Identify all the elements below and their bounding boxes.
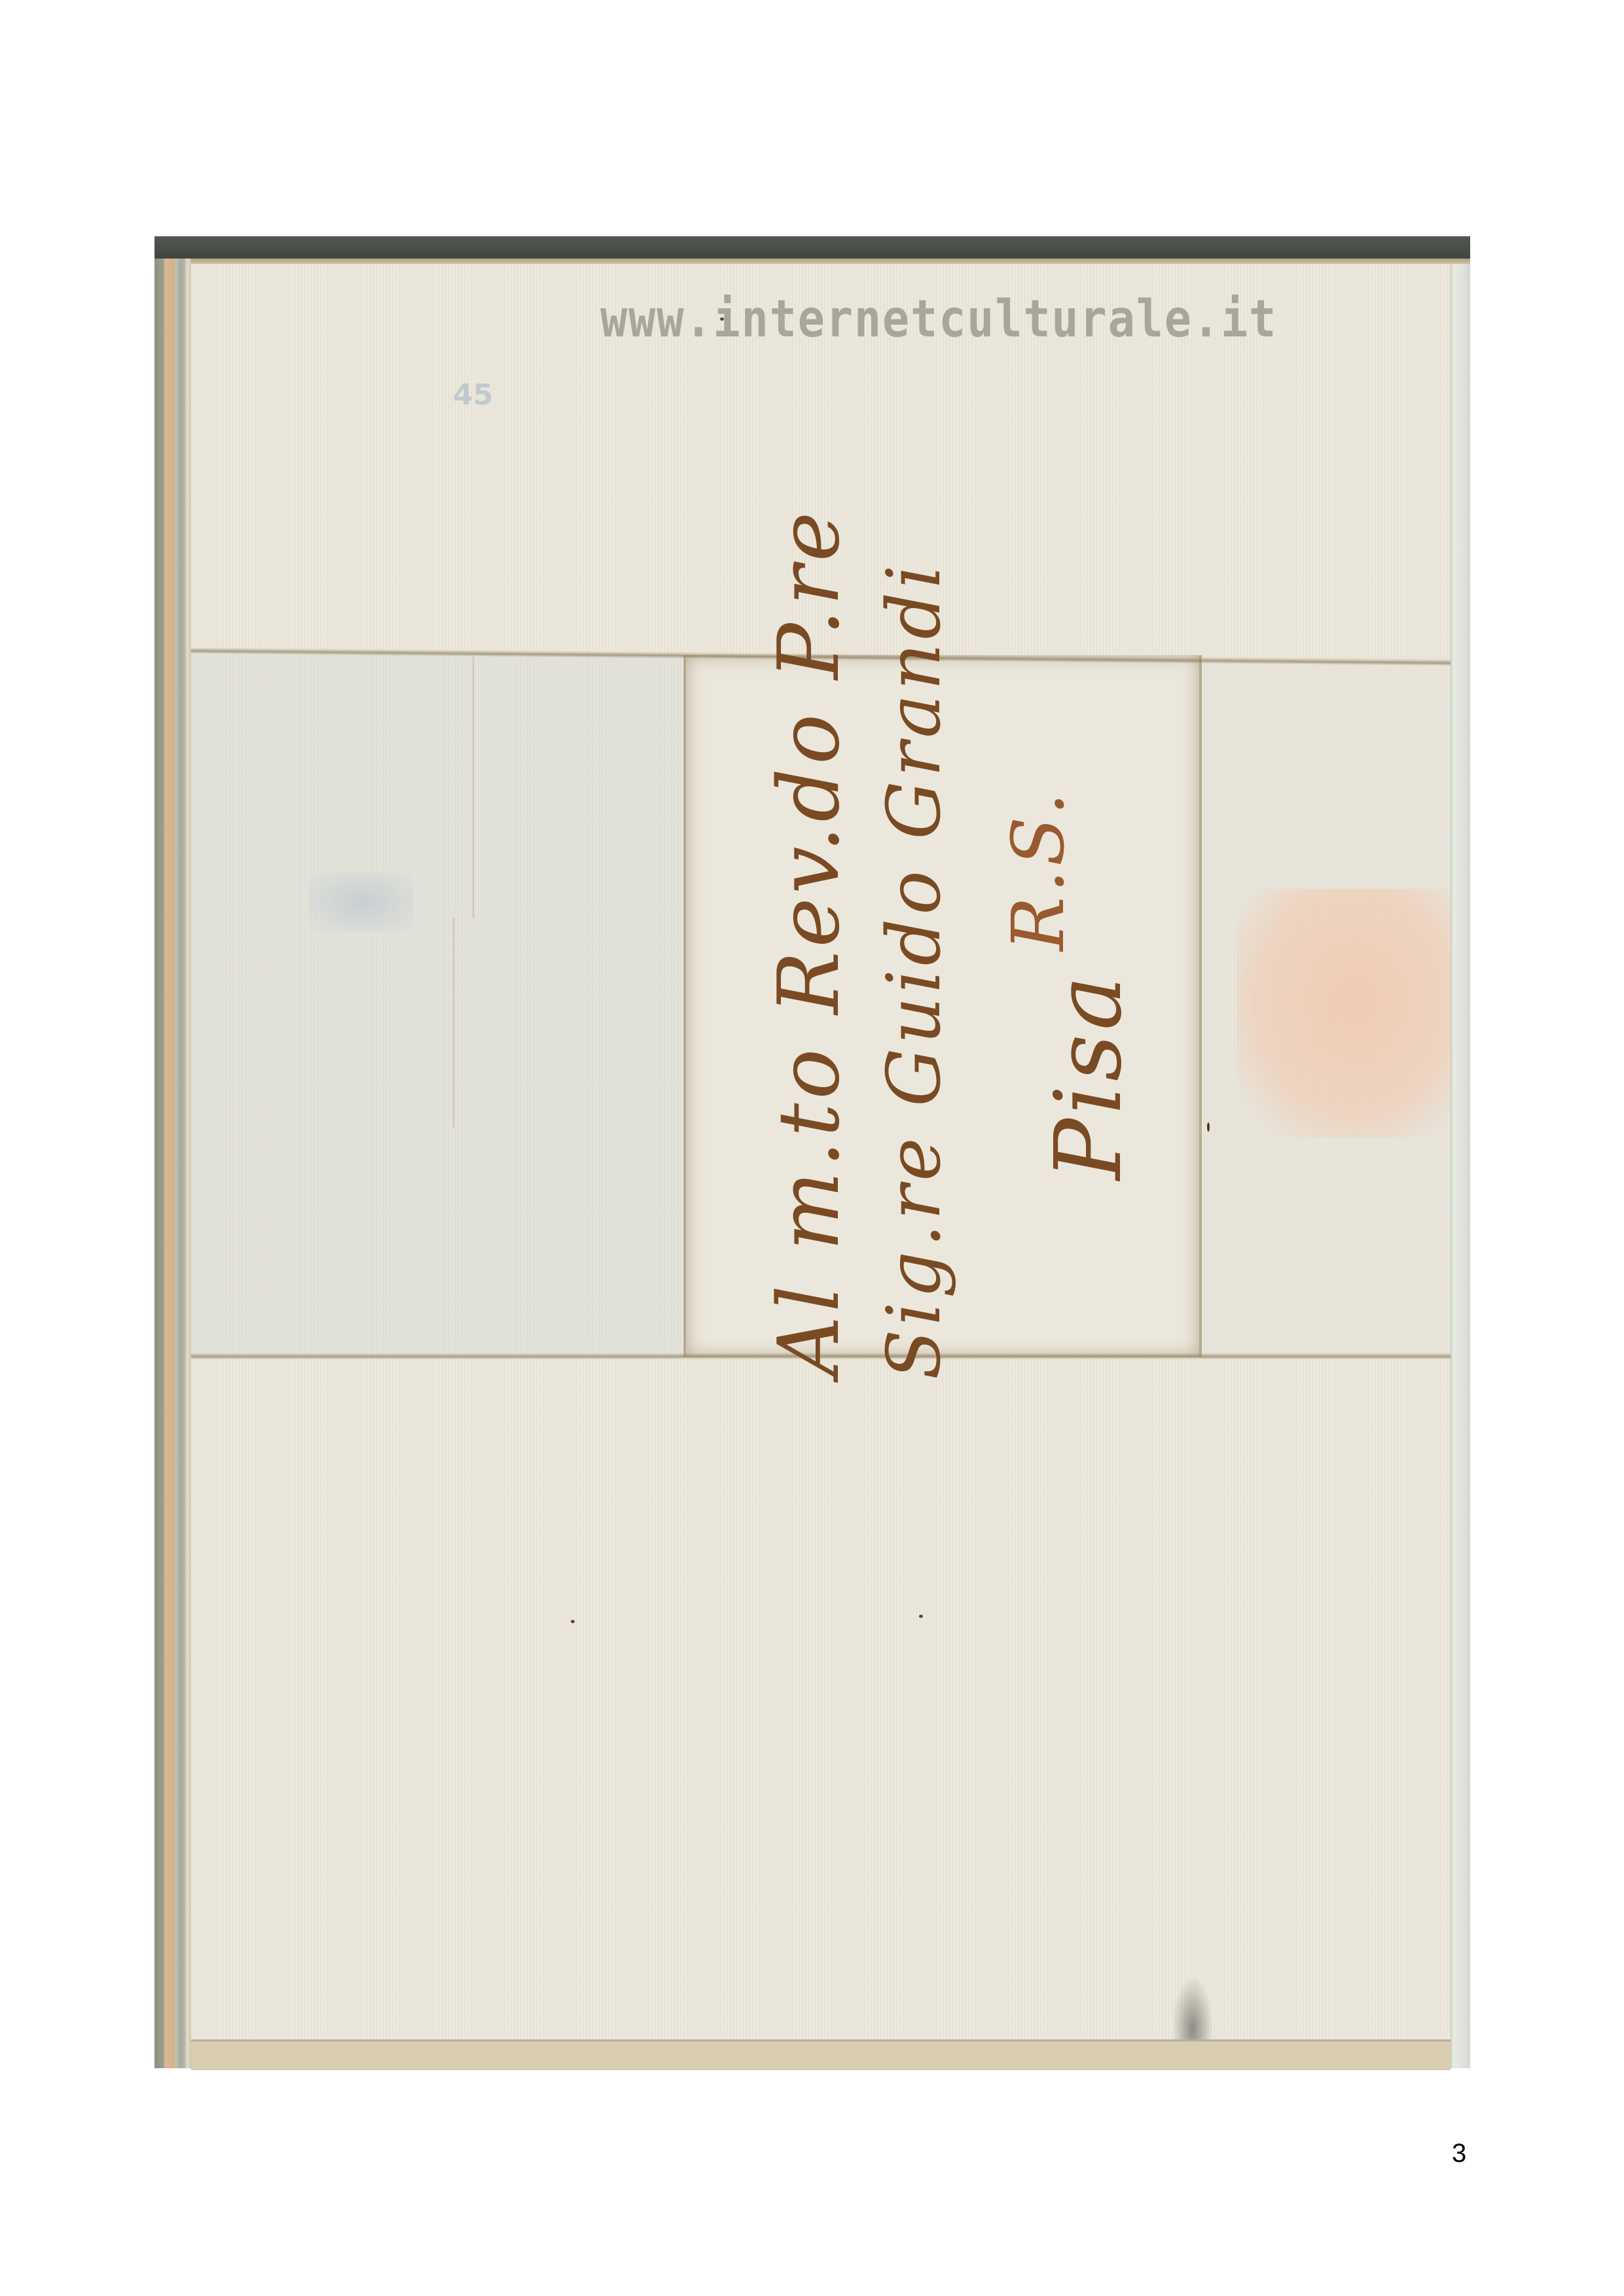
paper-crack bbox=[453, 918, 454, 1128]
scan-right-edge bbox=[1451, 264, 1470, 2068]
ink-smudge bbox=[1173, 1979, 1212, 2039]
ink-speck bbox=[919, 1615, 923, 1618]
ink-speck bbox=[720, 317, 724, 321]
folio-number: 45 bbox=[453, 378, 493, 412]
ink-speck bbox=[571, 1620, 575, 1623]
postal-mark: R.S. bbox=[996, 789, 1080, 951]
scanned-page-image: 45 www.internetculturale.it Al m.to Rev.… bbox=[154, 236, 1470, 2068]
ink-speck bbox=[1207, 1122, 1210, 1132]
address-line-2: Sig.re Guido Grandi bbox=[872, 561, 957, 1380]
address-line-1: Al m.to Rev.do P.re bbox=[761, 508, 858, 1376]
fold-panel-left bbox=[191, 654, 682, 1355]
red-seal-stain bbox=[1237, 889, 1451, 1138]
scan-top-edge bbox=[164, 259, 1470, 264]
scan-top-border bbox=[154, 236, 1470, 259]
page-number: 3 bbox=[1452, 2139, 1466, 2168]
watermark: www.internetculturale.it bbox=[600, 290, 1158, 349]
blue-stain bbox=[309, 872, 414, 931]
letter-paper: 45 www.internetculturale.it Al m.to Rev.… bbox=[191, 264, 1451, 2039]
scan-bottom-edge bbox=[191, 2039, 1451, 2070]
address-line-3: Pisa bbox=[1036, 972, 1142, 1180]
binding-edge bbox=[154, 259, 191, 2068]
paper-crack bbox=[473, 656, 474, 918]
